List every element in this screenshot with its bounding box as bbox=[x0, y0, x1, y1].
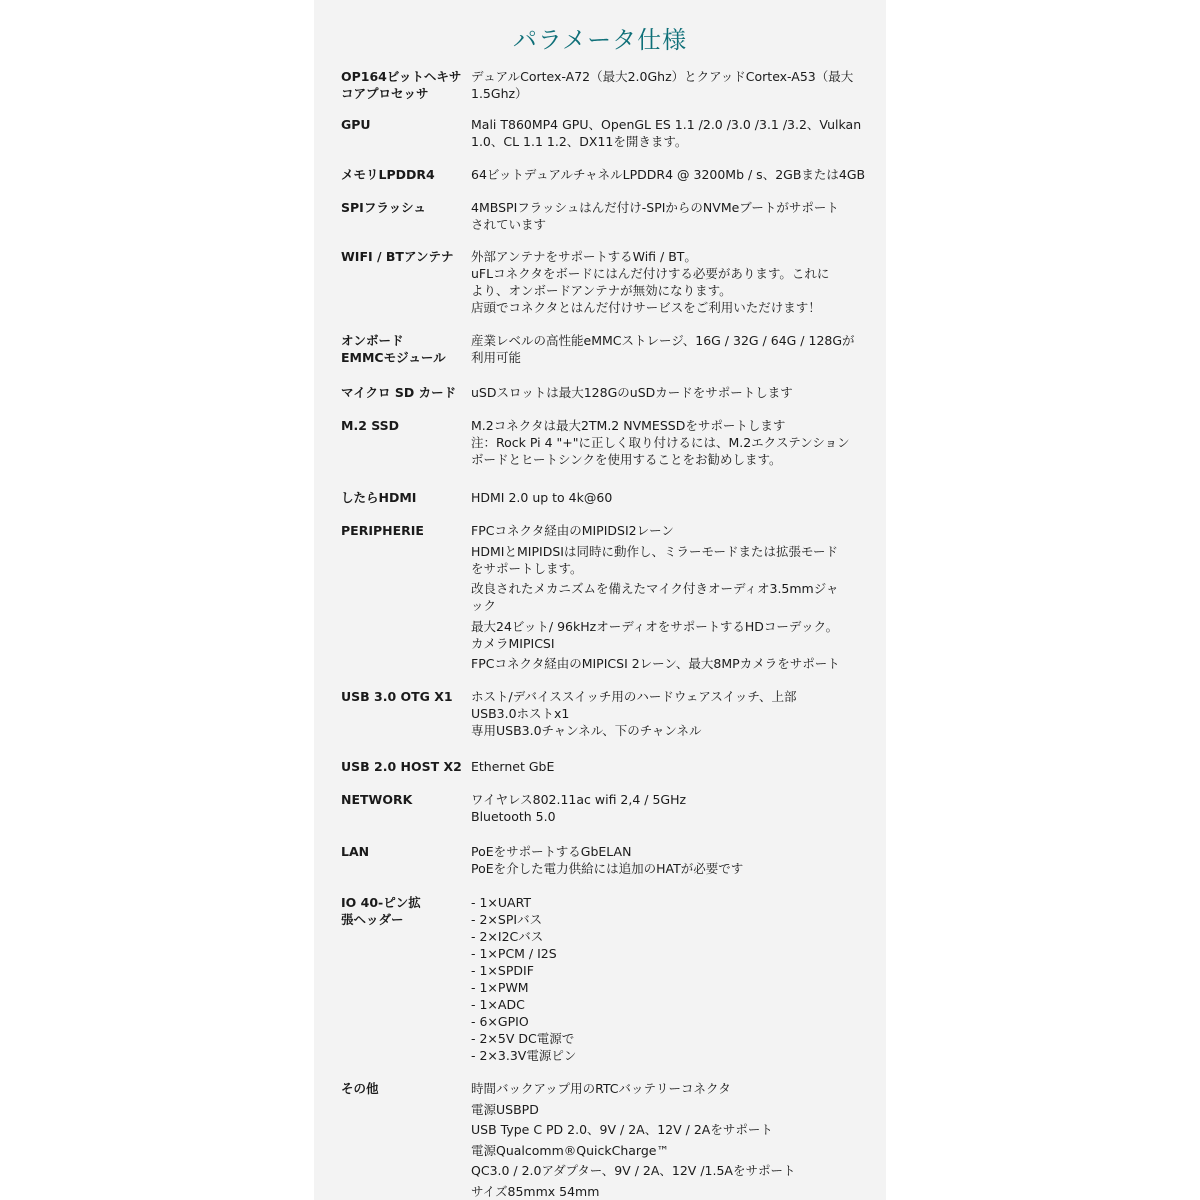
spec-value-line: 改良されたメカニズムを備えたマイク付きオーディオ3.5mmジャック bbox=[471, 580, 871, 614]
spec-label: したらHDMI bbox=[341, 489, 471, 506]
spec-value-line: - 2×I2Cバス bbox=[471, 928, 871, 945]
spec-value-line: FPCコネクタ経由のMIPICSI 2レーン、最大8MPカメラをサポート bbox=[471, 655, 871, 672]
spec-label-line: WIFI / BTアンテナ bbox=[341, 248, 471, 265]
spec-value: 4MBSPIフラッシュはんだ付け-SPIからのNVMeブートがサポートされていま… bbox=[471, 199, 871, 233]
spec-value-line: サイズ85mmx 54mm bbox=[471, 1183, 871, 1200]
spec-panel: パラメータ仕様 OP164ビットヘキサコアプロセッサデュアルCortex-A72… bbox=[314, 0, 886, 1200]
spec-label-line: OP164ビットヘキサ bbox=[341, 68, 471, 85]
spec-value-line: 利用可能 bbox=[471, 349, 871, 366]
spec-label-line: その他 bbox=[341, 1080, 471, 1097]
spec-row: OP164ビットヘキサコアプロセッサデュアルCortex-A72（最大2.0Gh… bbox=[341, 68, 871, 102]
spec-label-line: SPIフラッシュ bbox=[341, 199, 471, 216]
spec-value-line: より、オンボードアンテナが無効になります。 bbox=[471, 282, 871, 299]
spec-label-line: IO 40-ピン拡 bbox=[341, 894, 471, 911]
spec-value-line: uSDスロットは最大128GのuSDカードをサポートします bbox=[471, 384, 871, 401]
spec-value-line: - 1×ADC bbox=[471, 996, 871, 1013]
spec-value-line: USB3.0ホストx1 bbox=[471, 705, 871, 722]
spec-value-line: されています bbox=[471, 216, 871, 233]
spec-value-line: 最大24ビット/ 96kHzオーディオをサポートするHDコーデック。カメラMIP… bbox=[471, 618, 871, 652]
spec-value: ワイヤレス802.11ac wifi 2,4 / 5GHzBluetooth 5… bbox=[471, 791, 871, 825]
spec-label-line: M.2 SSD bbox=[341, 417, 471, 434]
spec-label: GPU bbox=[341, 116, 471, 133]
spec-value: 64ビットデュアルチャネルLPDDR4 @ 3200Mb / s、2GBまたは4… bbox=[471, 166, 871, 183]
spec-value-line: Mali T860MP4 GPU、OpenGL ES 1.1 /2.0 /3.0… bbox=[471, 116, 871, 133]
spec-label-line: GPU bbox=[341, 116, 471, 133]
spec-value: Mali T860MP4 GPU、OpenGL ES 1.1 /2.0 /3.0… bbox=[471, 116, 871, 150]
spec-label: M.2 SSD bbox=[341, 417, 471, 434]
spec-label-line: EMMCモジュール bbox=[341, 349, 471, 366]
spec-value: ホスト/デバイススイッチ用のハードウェアスイッチ、上部USB3.0ホストx1専用… bbox=[471, 688, 871, 739]
spec-row: GPUMali T860MP4 GPU、OpenGL ES 1.1 /2.0 /… bbox=[341, 116, 871, 150]
spec-label-line: メモリLPDDR4 bbox=[341, 166, 471, 183]
spec-value-line: USB Type C PD 2.0、9V / 2A、12V / 2Aをサポート bbox=[471, 1121, 871, 1138]
spec-label-line: USB 2.0 HOST X2 bbox=[341, 758, 471, 775]
spec-value-line: 時間バックアップ用のRTCバッテリーコネクタ bbox=[471, 1080, 871, 1097]
page-title: パラメータ仕様 bbox=[314, 20, 886, 55]
spec-value-line: - 1×SPDIF bbox=[471, 962, 871, 979]
spec-label: オンボードEMMCモジュール bbox=[341, 332, 471, 366]
spec-label-line: USB 3.0 OTG X1 bbox=[341, 688, 471, 705]
spec-value-line: PoEを介した電力供給には追加のHATが必要です bbox=[471, 860, 871, 877]
spec-row: その他時間バックアップ用のRTCバッテリーコネクタ電源USBPDUSB Type… bbox=[341, 1080, 871, 1200]
spec-value-line: 産業レベルの高性能eMMCストレージ、16G / 32G / 64G / 128… bbox=[471, 332, 871, 349]
spec-value: uSDスロットは最大128GのuSDカードをサポートします bbox=[471, 384, 871, 401]
spec-label: マイクロ SD カード bbox=[341, 384, 471, 401]
spec-value-line: 電源Qualcomm®QuickCharge™ bbox=[471, 1142, 871, 1159]
spec-value-line: - 1×UART bbox=[471, 894, 871, 911]
spec-value-line: M.2コネクタは最大2TM.2 NVMESSDをサポートします bbox=[471, 417, 871, 434]
spec-label: SPIフラッシュ bbox=[341, 199, 471, 216]
spec-value-line: デュアルCortex-A72（最大2.0Ghz）とクアッドCortex-A53（… bbox=[471, 68, 871, 85]
spec-value-line: 注：Rock Pi 4 "+"に正しく取り付けるには、M.2エクステンション bbox=[471, 434, 871, 451]
spec-row: USB 3.0 OTG X1ホスト/デバイススイッチ用のハードウェアスイッチ、上… bbox=[341, 688, 871, 739]
spec-row: マイクロ SD カードuSDスロットは最大128GのuSDカードをサポートします bbox=[341, 384, 871, 401]
spec-value-line: Bluetooth 5.0 bbox=[471, 808, 871, 825]
spec-value-line: PoEをサポートするGbELAN bbox=[471, 843, 871, 860]
spec-label-line: したらHDMI bbox=[341, 489, 471, 506]
spec-label: NETWORK bbox=[341, 791, 471, 808]
spec-label: WIFI / BTアンテナ bbox=[341, 248, 471, 265]
spec-label-line: マイクロ SD カード bbox=[341, 384, 471, 401]
spec-row: メモリLPDDR464ビットデュアルチャネルLPDDR4 @ 3200Mb / … bbox=[341, 166, 871, 183]
spec-value-line: - 1×PWM bbox=[471, 979, 871, 996]
spec-row: NETWORKワイヤレス802.11ac wifi 2,4 / 5GHzBlue… bbox=[341, 791, 871, 825]
spec-label-line: コアプロセッサ bbox=[341, 85, 471, 102]
spec-value-line: 専用USB3.0チャンネル、下のチャンネル bbox=[471, 722, 871, 739]
spec-value-line: QC3.0 / 2.0アダプター、9V / 2A、12V /1.5Aをサポート bbox=[471, 1162, 871, 1179]
spec-value-line: ホスト/デバイススイッチ用のハードウェアスイッチ、上部 bbox=[471, 688, 871, 705]
spec-value-line: ワイヤレス802.11ac wifi 2,4 / 5GHz bbox=[471, 791, 871, 808]
spec-value-line: - 2×5V DC電源で bbox=[471, 1030, 871, 1047]
spec-value: 外部アンテナをサポートするWifi / BT。uFLコネクタをボードにはんだ付け… bbox=[471, 248, 871, 316]
spec-value-line: HDMI 2.0 up to 4k@60 bbox=[471, 489, 871, 506]
spec-value: PoEをサポートするGbELANPoEを介した電力供給には追加のHATが必要です bbox=[471, 843, 871, 877]
spec-row: したらHDMIHDMI 2.0 up to 4k@60 bbox=[341, 489, 871, 506]
spec-value-line: - 2×3.3V電源ピン bbox=[471, 1047, 871, 1064]
spec-row: PERIPHERIEFPCコネクタ経由のMIPIDSI2レーンHDMIとMIPI… bbox=[341, 522, 871, 676]
spec-value-line: 1.5Ghz） bbox=[471, 85, 871, 102]
spec-label: USB 3.0 OTG X1 bbox=[341, 688, 471, 705]
spec-row: LANPoEをサポートするGbELANPoEを介した電力供給には追加のHATが必… bbox=[341, 843, 871, 877]
spec-value: HDMI 2.0 up to 4k@60 bbox=[471, 489, 871, 506]
spec-label: IO 40-ピン拡張ヘッダー bbox=[341, 894, 471, 928]
spec-value: Ethernet GbE bbox=[471, 758, 871, 775]
spec-value-line: - 1×PCM / I2S bbox=[471, 945, 871, 962]
spec-value-line: - 6×GPIO bbox=[471, 1013, 871, 1030]
spec-label-line: LAN bbox=[341, 843, 471, 860]
spec-value-line: 電源USBPD bbox=[471, 1101, 871, 1118]
spec-label-line: PERIPHERIE bbox=[341, 522, 471, 539]
spec-label: メモリLPDDR4 bbox=[341, 166, 471, 183]
spec-value: 時間バックアップ用のRTCバッテリーコネクタ電源USBPDUSB Type C … bbox=[471, 1080, 871, 1200]
spec-label-line: オンボード bbox=[341, 332, 471, 349]
spec-value-line: HDMIとMIPIDSIは同時に動作し、ミラーモードまたは拡張モードをサポートし… bbox=[471, 543, 871, 577]
spec-value-line: 4MBSPIフラッシュはんだ付け-SPIからのNVMeブートがサポート bbox=[471, 199, 871, 216]
spec-label: その他 bbox=[341, 1080, 471, 1097]
spec-label-line: NETWORK bbox=[341, 791, 471, 808]
spec-value-line: 店頭でコネクタとはんだ付けサービスをご利用いただけます！ bbox=[471, 299, 871, 316]
spec-label: OP164ビットヘキサコアプロセッサ bbox=[341, 68, 471, 102]
spec-value: M.2コネクタは最大2TM.2 NVMESSDをサポートします注：Rock Pi… bbox=[471, 417, 871, 468]
spec-value-line: 1.0、CL 1.1 1.2、DX11を開きます。 bbox=[471, 133, 871, 150]
spec-value: FPCコネクタ経由のMIPIDSI2レーンHDMIとMIPIDSIは同時に動作し… bbox=[471, 522, 871, 676]
spec-row: オンボードEMMCモジュール産業レベルの高性能eMMCストレージ、16G / 3… bbox=[341, 332, 871, 366]
spec-row: M.2 SSDM.2コネクタは最大2TM.2 NVMESSDをサポートします注：… bbox=[341, 417, 871, 468]
spec-row: IO 40-ピン拡張ヘッダー- 1×UART- 2×SPIバス- 2×I2Cバス… bbox=[341, 894, 871, 1064]
spec-row: SPIフラッシュ4MBSPIフラッシュはんだ付け-SPIからのNVMeブートがサ… bbox=[341, 199, 871, 233]
spec-value-line: ボードとヒートシンクを使用することをお勧めします。 bbox=[471, 451, 871, 468]
spec-value-line: uFLコネクタをボードにはんだ付けする必要があります。これに bbox=[471, 265, 871, 282]
spec-value-line: Ethernet GbE bbox=[471, 758, 871, 775]
spec-row: WIFI / BTアンテナ外部アンテナをサポートするWifi / BT。uFLコ… bbox=[341, 248, 871, 316]
spec-value: - 1×UART- 2×SPIバス- 2×I2Cバス- 1×PCM / I2S-… bbox=[471, 894, 871, 1064]
spec-value-line: 64ビットデュアルチャネルLPDDR4 @ 3200Mb / s、2GBまたは4… bbox=[471, 166, 871, 183]
spec-value-line: - 2×SPIバス bbox=[471, 911, 871, 928]
spec-value: 産業レベルの高性能eMMCストレージ、16G / 32G / 64G / 128… bbox=[471, 332, 871, 366]
spec-label-line: 張ヘッダー bbox=[341, 911, 471, 928]
spec-value-line: 外部アンテナをサポートするWifi / BT。 bbox=[471, 248, 871, 265]
spec-label: LAN bbox=[341, 843, 471, 860]
spec-value: デュアルCortex-A72（最大2.0Ghz）とクアッドCortex-A53（… bbox=[471, 68, 871, 102]
spec-row: USB 2.0 HOST X2Ethernet GbE bbox=[341, 758, 871, 775]
spec-value-line: FPCコネクタ経由のMIPIDSI2レーン bbox=[471, 522, 871, 539]
spec-label: USB 2.0 HOST X2 bbox=[341, 758, 471, 775]
spec-label: PERIPHERIE bbox=[341, 522, 471, 539]
